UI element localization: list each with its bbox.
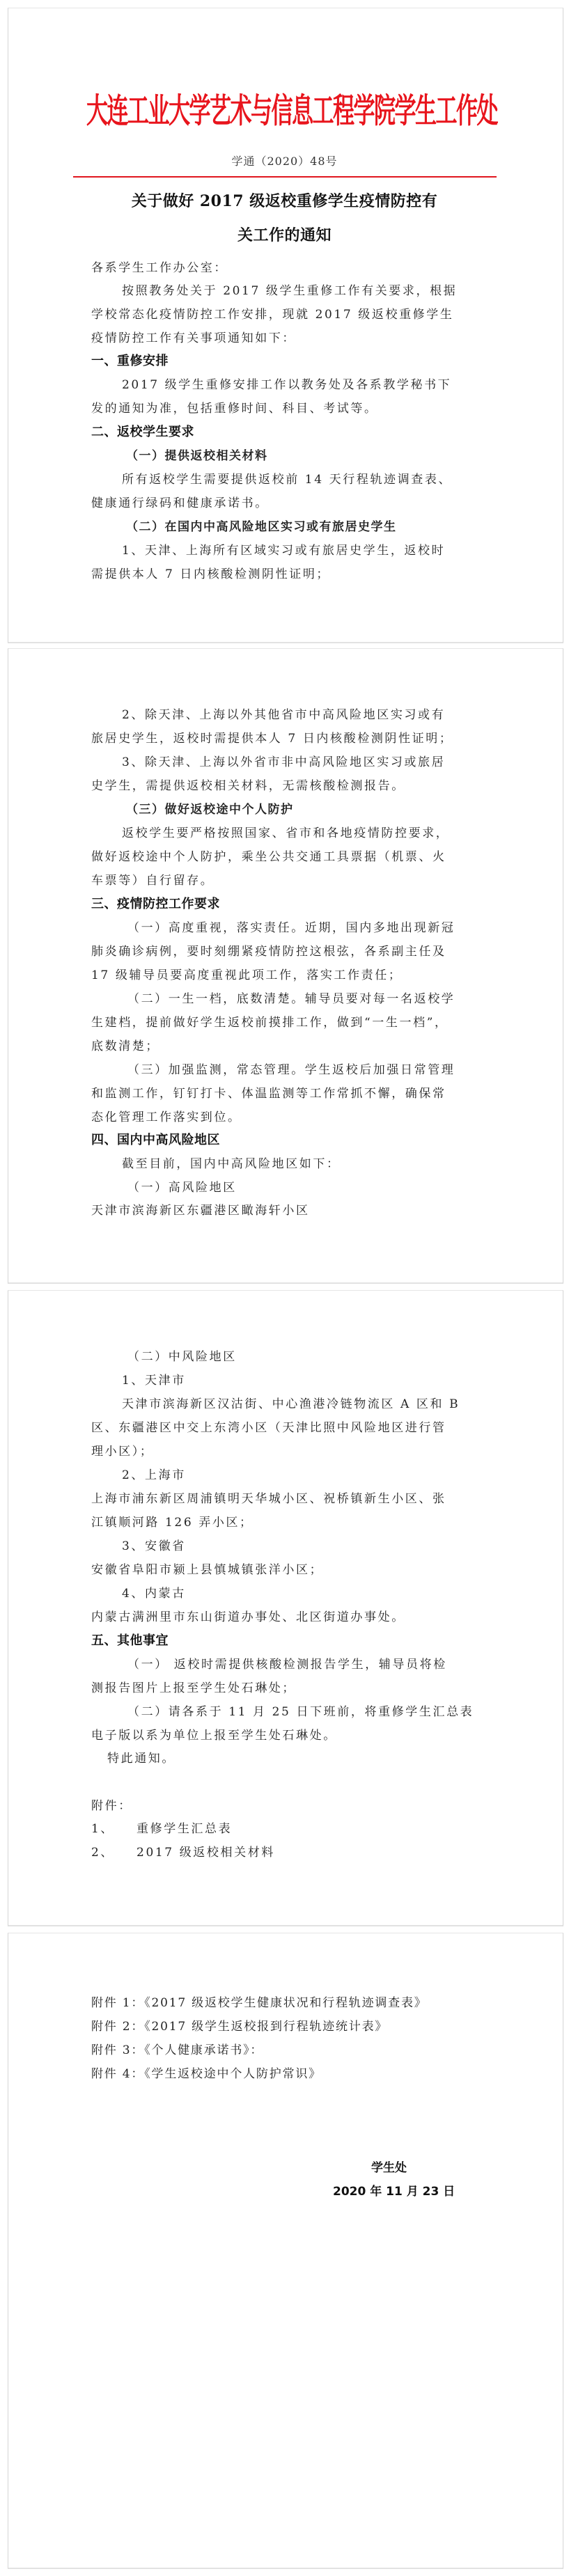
closing-line: 特此通知。 bbox=[107, 1747, 497, 1770]
signature-date: 2020 年 11 月 23 日 bbox=[333, 2181, 455, 2199]
signature-org: 学生处 bbox=[371, 2158, 407, 2175]
body-line: 3、除天津、上海以外省市非中高风险地区实习或旅居 bbox=[122, 751, 481, 774]
body-line: 做好返校途中个人防护，乘坐公共交通工具票据（机票、火 bbox=[91, 845, 481, 869]
body-line: 测报告图片上报至学生处石琳处； bbox=[91, 1676, 481, 1700]
body-line: （一） 返校时需提供核酸检测报告学生，辅导员将检 bbox=[127, 1653, 517, 1676]
body-line: 肺炎确诊病例，要时刻绷紧疫情防控这根弦，各系副主任及 bbox=[91, 940, 481, 964]
section-heading: 五、其他事宜 bbox=[91, 1629, 481, 1653]
body-line: 按照教务处关于 2017 级学生重修工作有关要求，根据 bbox=[122, 279, 481, 303]
body-line: 健康通行绿码和健康承诺书。 bbox=[91, 492, 481, 515]
salutation: 各系学生工作办公室： bbox=[91, 256, 481, 280]
body-line: 学校常态化疫情防控工作安排，现就 2017 级返校重修学生 bbox=[91, 303, 481, 327]
body-line: 天津市滨海新区东疆港区瞰海轩小区 bbox=[91, 1199, 481, 1223]
body-line: （三）加强监测，常态管理。学生返校后加强日常管理 bbox=[127, 1058, 517, 1082]
body-line: 江镇顺河路 126 弄小区； bbox=[91, 1511, 481, 1534]
document-title-line-2: 关工作的通知 bbox=[0, 223, 569, 245]
body-line: 发的通知为准，包括重修时间、科目、考试等。 bbox=[91, 397, 481, 421]
body-line: 安徽省阜阳市颍上县慎城镇张洋小区； bbox=[91, 1558, 481, 1582]
body-line: （二）一生一档，底数清楚。辅导员要对每一名返校学 bbox=[127, 987, 517, 1011]
body-line: （一）高度重视，落实责任。近期，国内多地出现新冠 bbox=[127, 916, 517, 940]
org-letterhead-title: 大连工业大学艺术与信息工程学院学生工作处 bbox=[86, 77, 481, 146]
subsection-heading: （二）中风险地区 bbox=[127, 1345, 517, 1369]
body-line: 电子版以系为单位上报至学生处石琳处。 bbox=[91, 1724, 481, 1748]
attachment-list-item: 2、 2017 级返校相关材料 bbox=[91, 1841, 481, 1864]
body-line: 区、东疆港区中交上东湾小区（天津比照中风险地区进行管 bbox=[91, 1416, 481, 1440]
body-line: 疫情防控工作有关事项通知如下： bbox=[91, 327, 481, 350]
attachment-item-3: 附件 3：《个人健康承诺书》： bbox=[91, 2040, 263, 2057]
body-line: 生建档，提前做好学生返校前摸排工作，做到“一生一档”， bbox=[91, 1011, 481, 1035]
subsection-heading: （三）做好返校途中个人防护 bbox=[126, 798, 516, 822]
subsection-heading: （一）提供返校相关材料 bbox=[126, 444, 516, 468]
body-line: 车票等）自行留存。 bbox=[91, 869, 481, 893]
subsection-heading: （二）在国内中高风险地区实习或有旅居史学生 bbox=[126, 515, 516, 539]
body-line: 和监测工作，钉钉打卡、体温监测等工作常抓不懈，确保常 bbox=[91, 1082, 481, 1106]
body-line: 史学生，需提供返校相关材料，无需核酸检测报告。 bbox=[91, 774, 481, 798]
body-line: 态化管理工作落实到位。 bbox=[91, 1106, 481, 1129]
body-line: 1、天津市 bbox=[122, 1369, 481, 1392]
body-line: 需提供本人 7 日内核酸检测阴性证明； bbox=[91, 563, 481, 586]
body-line: 2、上海市 bbox=[122, 1463, 481, 1487]
body-line: 4、内蒙古 bbox=[122, 1582, 481, 1605]
document-number: 学通（2020）48号 bbox=[0, 152, 569, 168]
body-line: 天津市滨海新区汉沽街、中心渔港冷链物流区 A 区和 B bbox=[122, 1392, 481, 1416]
body-line: 2、除天津、上海以外其他省市中高风险地区实习或有 bbox=[122, 703, 481, 727]
attachment-item-2: 附件 2：《2017 级学生返校报到行程轨迹统计表》 bbox=[91, 2016, 388, 2034]
body-line: 2017 级学生重修安排工作以教务处及各系教学秘书下 bbox=[122, 373, 481, 397]
body-line: 1、天津、上海所有区域实习或有旅居史学生，返校时 bbox=[122, 539, 481, 563]
body-line: 理小区）； bbox=[91, 1440, 481, 1463]
section-heading: 一、重修安排 bbox=[91, 350, 481, 373]
body-line: 底数清楚； bbox=[91, 1035, 481, 1058]
body-line: 截至目前，国内中高风险地区如下： bbox=[122, 1152, 481, 1176]
attachment-item-4: 附件 4：《学生返校途中个人防护常识》 bbox=[91, 2064, 322, 2081]
body-line: 3、安徽省 bbox=[122, 1534, 481, 1558]
body-line: 旅居史学生，返校时需提供本人 7 日内核酸检测阴性证明； bbox=[91, 727, 481, 751]
body-line: 上海市浦东新区周浦镇明天华城小区、祝桥镇新生小区、张 bbox=[91, 1487, 481, 1511]
body-line: 返校学生要严格按照国家、省市和各地疫情防控要求， bbox=[122, 822, 481, 845]
section-heading: 四、国内中高风险地区 bbox=[91, 1129, 481, 1152]
body-line: （二）请各系于 11 月 25 日下班前，将重修学生汇总表 bbox=[127, 1700, 517, 1724]
body-line: 内蒙古满洲里市东山街道办事处、北区街道办事处。 bbox=[91, 1605, 481, 1629]
section-heading: 二、返校学生要求 bbox=[91, 421, 481, 444]
section-heading: 三、疫情防控工作要求 bbox=[91, 893, 481, 916]
attachment-item-1: 附件 1：《2017 级返校学生健康状况和行程轨迹调查表》 bbox=[91, 1993, 428, 2010]
body-line: 17 级辅导员要高度重视此项工作，落实工作责任； bbox=[91, 964, 481, 987]
red-divider-rule bbox=[73, 176, 497, 178]
attachment-list-item: 1、 重修学生汇总表 bbox=[91, 1817, 481, 1841]
subsection-heading: （一）高风险地区 bbox=[127, 1176, 517, 1200]
body-line: 所有返校学生需要提供返校前 14 天行程轨迹调查表、 bbox=[122, 468, 481, 492]
document-title-line-1: 关于做好 2017 级返校重修学生疫情防控有 bbox=[0, 189, 569, 211]
attachments-label: 附件： bbox=[91, 1794, 481, 1818]
